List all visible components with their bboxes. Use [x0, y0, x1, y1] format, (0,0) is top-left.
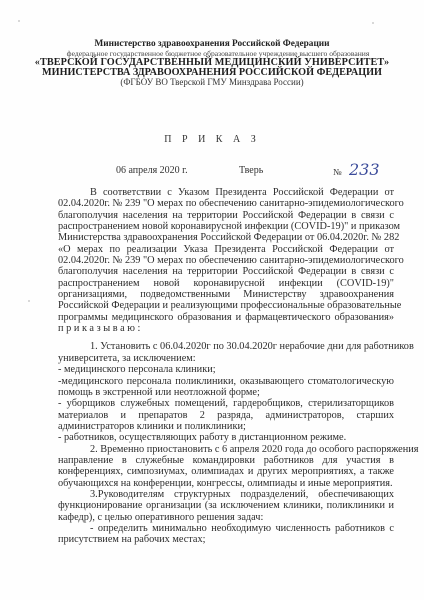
body-line: - определить минимально необходимую числ… — [58, 523, 394, 534]
body-line: 1. Установить с 06.04.2020г по 30.04.202… — [58, 341, 394, 352]
body-line: -медицинского персонала поликлиники, ока… — [58, 376, 394, 387]
document-title: П Р И К А З — [0, 134, 424, 145]
scan-speck — [18, 20, 20, 22]
body-line: обучающихся на конференции, конгрессы, о… — [58, 478, 394, 489]
body-line: - уборщиков служебных помещений, гардеро… — [58, 398, 394, 409]
body-line: присутствием на рабочих местах; — [58, 534, 394, 545]
paragraph-gap — [58, 334, 394, 341]
body-line: - медицинского персонала клиники; — [58, 364, 394, 375]
body-line: администраторов клиники и поликлиники; — [58, 421, 394, 432]
scan-speck — [28, 300, 30, 302]
document-number-label: № — [333, 167, 342, 177]
body-line: материалов и препаратов 2 разряда, админ… — [58, 410, 394, 421]
body-line: функционирование организации (за исключе… — [58, 500, 394, 511]
body-line-order-word: приказываю: — [58, 323, 394, 334]
body-line: Российской Федерации и реализующими проф… — [58, 300, 394, 311]
body-line: кафедр), с целью оперативного решения за… — [58, 512, 394, 523]
document-body: В соответствии с Указом Президента Росси… — [58, 187, 394, 546]
document-number-handwritten: 233 — [349, 160, 380, 179]
body-line: 3.Руководителям структурных подразделени… — [58, 489, 394, 500]
body-line: благополучия населения на территории Рос… — [58, 210, 394, 221]
body-line: 2. Временно приостановить с 6 апреля 202… — [58, 444, 394, 455]
document-city: Тверь — [239, 165, 263, 176]
body-line: «О мерах по реализации Указа Президента … — [58, 244, 394, 255]
body-line: благополучия населения на территории Рос… — [58, 266, 394, 277]
body-line: конференциях, симпозиумах, олимпиадах и … — [58, 466, 394, 477]
body-line: организациями, подведомственными Министе… — [58, 289, 394, 300]
body-line: Министерства здравоохранения Российской … — [58, 232, 394, 243]
header-abbreviation: (ФГБОУ ВО Тверской ГМУ Минздрава России) — [0, 77, 424, 87]
body-line: направление в служебные командировки раб… — [58, 455, 394, 466]
document-page: Министерство здравоохранения Российской … — [0, 0, 424, 600]
body-line: распространением новой коронавирусной ин… — [58, 278, 394, 289]
body-line: В соответствии с Указом Президента Росси… — [58, 187, 394, 198]
body-line: 02.04.2020г. № 239 "О мерах по обеспечен… — [58, 255, 394, 266]
body-line: программы медицинского образования и фар… — [58, 312, 394, 323]
header-ministry: Министерство здравоохранения Российской … — [0, 39, 424, 49]
body-line: распространением новой коронавирусной ин… — [58, 221, 394, 232]
body-line: помощь в экстренной или неотложной форме… — [58, 387, 394, 398]
body-line: университета, за исключением: — [58, 353, 394, 364]
body-line: - работников, осуществляющих работу в ди… — [58, 432, 394, 443]
document-date: 06 апреля 2020 г. — [116, 165, 188, 176]
scan-speck — [372, 22, 374, 24]
body-line: 02.04.2020г. № 239 "О мерах по обеспечен… — [58, 198, 394, 209]
